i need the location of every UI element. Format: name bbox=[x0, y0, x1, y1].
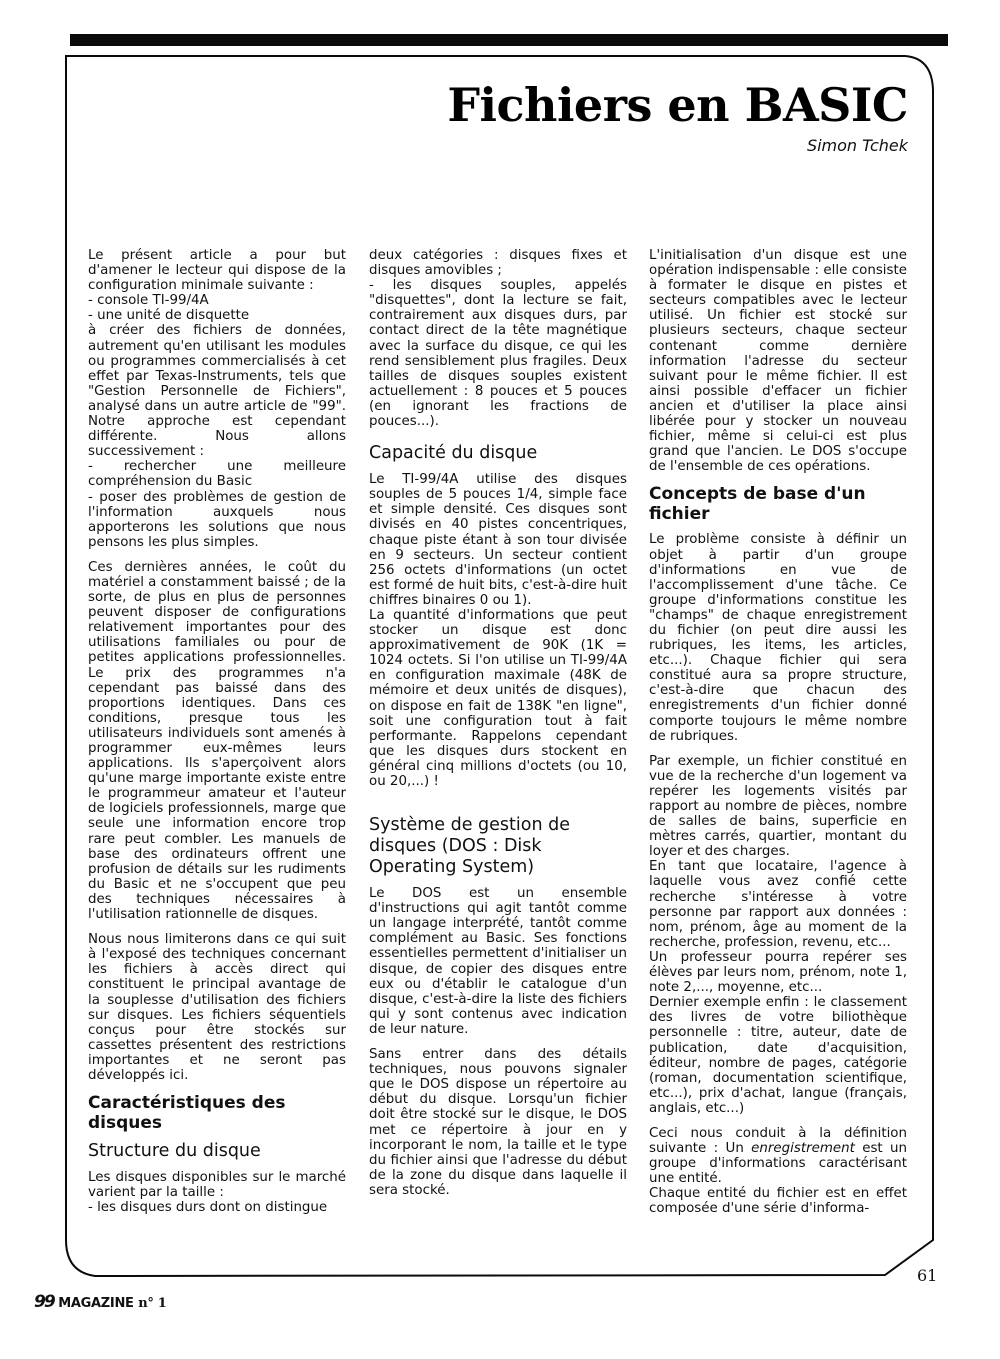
body-paragraph: Ces dernières années, le coût du matérie… bbox=[88, 560, 346, 922]
magazine-name: MAGAZINE bbox=[58, 1296, 133, 1311]
body-paragraph: Les disques disponibles sur le marché va… bbox=[88, 1170, 346, 1215]
body-paragraph: Le DOS est un ensemble d'instructions qu… bbox=[369, 886, 627, 1037]
subsection-heading: Capacité du disque bbox=[369, 443, 627, 464]
body-paragraph: L'initialisation d'un disque est une opé… bbox=[649, 248, 907, 474]
page-number: 61 bbox=[917, 1266, 937, 1285]
body-paragraph: Le TI-99/4A utilise des disques souples … bbox=[369, 472, 627, 789]
body-paragraph: Chaque entité du fichier est en effet co… bbox=[649, 1186, 907, 1216]
subsection-heading: Système de gestion de disques (DOS : Dis… bbox=[369, 815, 627, 878]
emphasized-term: enregistrement bbox=[751, 1141, 855, 1156]
section-heading: Concepts de base d'un fichier bbox=[649, 484, 907, 524]
intro-paragraph: Le présent article a pour but d'amener l… bbox=[88, 248, 346, 550]
magazine-footer: 99 MAGAZINE n° 1 bbox=[34, 1292, 167, 1312]
text-column-2: deux catégories : disques fixes et disqu… bbox=[369, 248, 627, 1208]
section-heading: Caractéristiques des disques bbox=[88, 1093, 346, 1133]
body-paragraph: Le problème consiste à définir un objet … bbox=[649, 532, 907, 743]
article-author: Simon Tchek bbox=[807, 136, 908, 155]
body-paragraph: Nous nous limiterons dans ce qui suit à … bbox=[88, 932, 346, 1083]
issue-number: n° 1 bbox=[138, 1296, 166, 1311]
article-title: Fichiers en BASIC bbox=[447, 78, 908, 132]
text-column-1: Le présent article a pour but d'amener l… bbox=[88, 248, 346, 1215]
top-rule-bar bbox=[70, 34, 948, 46]
body-paragraph: Par exemple, un fichier constitué en vue… bbox=[649, 754, 907, 1116]
body-paragraph: Sans entrer dans des détails techniques,… bbox=[369, 1047, 627, 1198]
magazine-logo: 99 bbox=[34, 1292, 54, 1312]
definition-paragraph: Ceci nous conduit à la définition suivan… bbox=[649, 1126, 907, 1186]
subsection-heading: Structure du disque bbox=[88, 1141, 346, 1162]
text-column-3: L'initialisation d'un disque est une opé… bbox=[649, 248, 907, 1217]
body-paragraph: deux catégories : disques fixes et disqu… bbox=[369, 248, 627, 429]
